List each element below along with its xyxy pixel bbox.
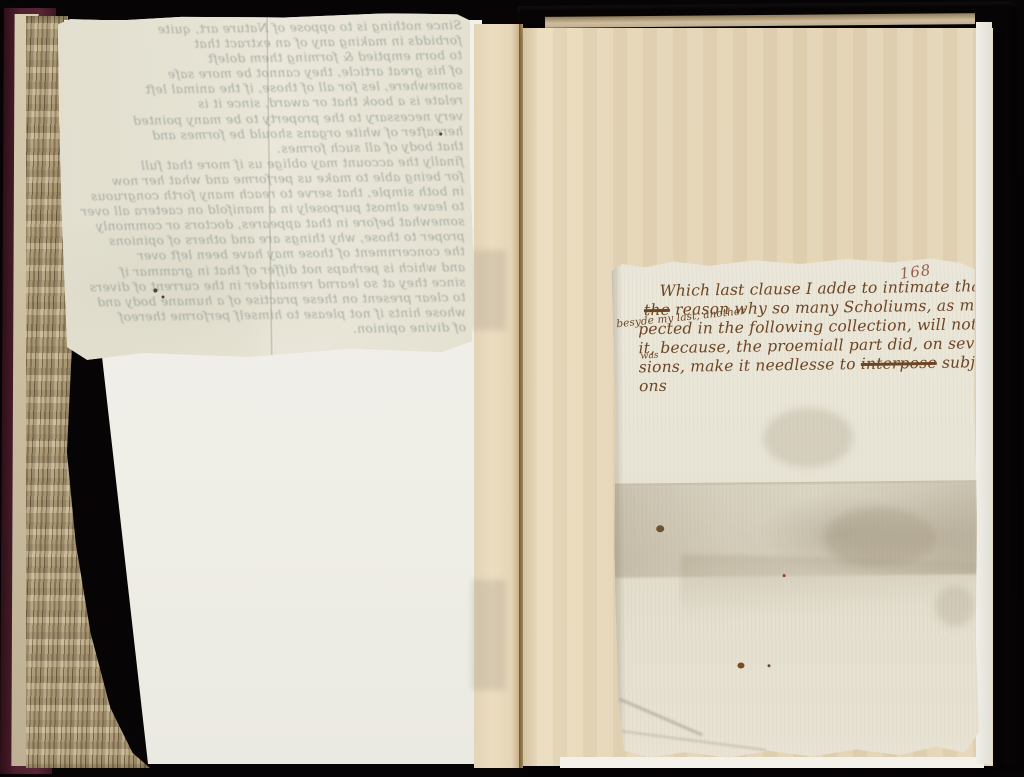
interlinear-insertion: was: [640, 350, 659, 361]
ghost-smudge: [763, 407, 854, 468]
line-text: subjoine annotati-: [937, 352, 980, 372]
guard-smudge-lower: [472, 580, 506, 690]
fox-spot: [737, 662, 744, 668]
manuscript-text: Which last clause I adde to intimate tha…: [622, 277, 968, 396]
manuscript-line: ons: [623, 372, 967, 396]
ink-speck: [153, 289, 157, 293]
fox-spot: [656, 525, 664, 532]
struck-word: interpose: [861, 354, 937, 373]
ink-speck: [439, 133, 442, 136]
fox-spot: [767, 664, 770, 667]
ghost-smudge: [935, 586, 975, 626]
line-text: sions, make it needlesse to: [639, 355, 861, 376]
bottom-page-sliver: [560, 757, 984, 768]
mounted-sheet-left: Since nothing is to oppose of Nature art…: [58, 12, 475, 361]
ink-speck: [162, 295, 165, 298]
bottom-left-crease: [618, 730, 767, 751]
photo-stage: 168 Which last clause I adde to intimate…: [0, 0, 1024, 777]
manuscript-leaf: 168 Which last clause I adde to intimate…: [612, 256, 980, 759]
backing-sheet-right-strip: [976, 22, 992, 764]
fox-spot: [783, 574, 786, 577]
bleedthrough-text: Since nothing is to oppose of Nature art…: [64, 18, 467, 354]
stain-tail: [679, 554, 978, 632]
guard-smudge-upper: [472, 250, 506, 330]
